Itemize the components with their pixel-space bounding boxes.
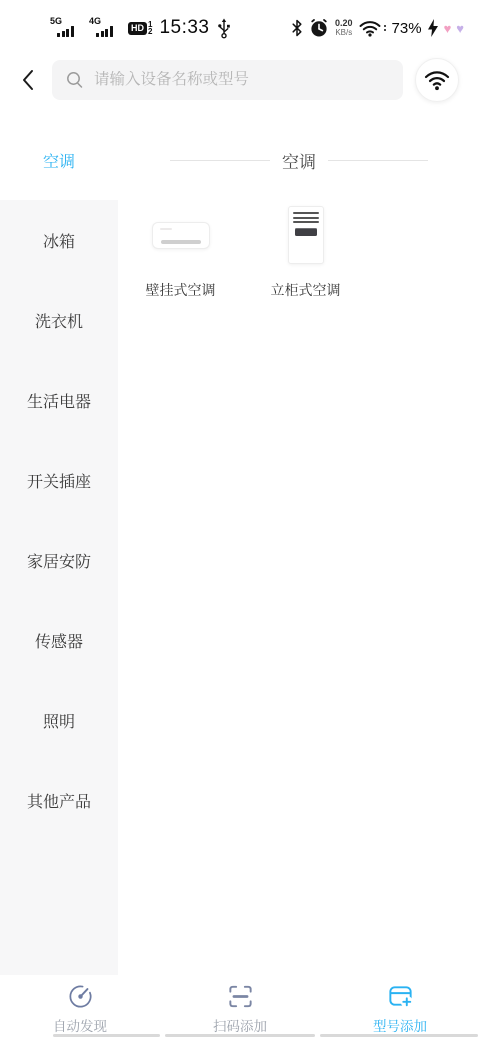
alarm-clock-icon — [309, 18, 329, 38]
network-type-sim2: 4G — [89, 16, 101, 26]
volte-hd-icon: HD 1 2 — [128, 21, 152, 35]
network-speed: 0.20 KB/s — [335, 19, 353, 37]
model-add-icon — [386, 982, 415, 1011]
category-sidebar: 空调 冰箱 洗衣机 生活电器 开关插座 家居安防 传感器 照明 其他产品 — [0, 120, 118, 975]
sidebar-item-air-conditioner[interactable]: 空调 — [0, 120, 118, 200]
scan-qr-icon — [226, 982, 255, 1011]
search-header — [0, 48, 480, 112]
tab-scan-add[interactable]: 扫码添加 — [160, 975, 320, 1040]
sidebar-item-switch-socket[interactable]: 开关插座 — [0, 440, 118, 520]
auto-discover-gauge-icon — [66, 982, 95, 1011]
sidebar-item-other-products[interactable]: 其他产品 — [0, 760, 118, 840]
sidebar-item-sensor[interactable]: 传感器 — [0, 600, 118, 680]
signal-strength-sim1-icon: 5G — [50, 16, 82, 40]
wifi-traffic-indicator-icon — [384, 25, 386, 31]
sidebar-rest: 冰箱 洗衣机 生活电器 开关插座 家居安防 传感器 照明 其他产品 — [0, 200, 118, 975]
screen: 5G 4G HD 1 2 15:33 — [0, 0, 480, 1040]
section-title: 空调 — [282, 148, 316, 173]
signal-strength-sim2-icon: 4G — [89, 16, 121, 40]
status-bar-right: 0.20 KB/s 73% ♥ ♥ — [291, 18, 464, 38]
tab-auto-discover[interactable]: 自动发现 — [0, 975, 160, 1040]
back-chevron-icon — [20, 68, 35, 92]
product-grid: 壁挂式空调 立柜式空调 — [118, 200, 480, 300]
status-bar-left: 5G 4G HD 1 2 15:33 — [50, 16, 231, 40]
charging-bolt-icon — [428, 19, 438, 37]
heart-pink-icon: ♥ — [444, 22, 452, 35]
wifi-status-icon — [359, 20, 381, 37]
wifi-icon — [424, 70, 450, 91]
divider-line-right — [328, 160, 428, 161]
search-input-container[interactable] — [52, 60, 403, 100]
back-button[interactable] — [14, 62, 40, 98]
battery-percent: 73% — [392, 20, 422, 37]
tab-label: 自动发现 — [53, 1015, 107, 1035]
search-input[interactable] — [94, 71, 390, 89]
sidebar-item-home-security[interactable]: 家居安防 — [0, 520, 118, 600]
product-label: 壁挂式空调 — [146, 280, 216, 300]
tab-underlines — [53, 1034, 478, 1037]
bottom-tab-bar: 自动发现 扫码添加 型号添加 — [0, 975, 480, 1040]
product-label: 立柜式空调 — [271, 280, 341, 300]
body: 空调 冰箱 洗衣机 生活电器 开关插座 家居安防 传感器 照明 其他产品 空调 — [0, 112, 480, 975]
tab-label: 型号添加 — [373, 1015, 427, 1035]
usb-icon — [217, 18, 231, 39]
sidebar-item-lighting[interactable]: 照明 — [0, 680, 118, 760]
wifi-config-button[interactable] — [415, 58, 459, 102]
search-icon — [65, 70, 85, 90]
tab-model-add[interactable]: 型号添加 — [320, 975, 480, 1040]
network-type-sim1: 5G — [50, 16, 62, 26]
product-wall-mounted-ac[interactable]: 壁挂式空调 — [118, 200, 243, 300]
wall-mounted-ac-image — [152, 222, 210, 249]
sidebar-item-fridge[interactable]: 冰箱 — [0, 200, 118, 280]
heart-purple-icon: ♥ — [456, 22, 464, 35]
sidebar-item-home-appliance[interactable]: 生活电器 — [0, 360, 118, 440]
sidebar-item-washer[interactable]: 洗衣机 — [0, 280, 118, 360]
tab-label: 扫码添加 — [213, 1015, 267, 1035]
section-header: 空调 — [118, 120, 480, 200]
status-bar: 5G 4G HD 1 2 15:33 — [0, 0, 480, 48]
device-list-panel: 空调 壁挂式空调 立柜式空调 — [118, 120, 480, 975]
status-time: 15:33 — [159, 17, 209, 39]
cabinet-ac-image — [288, 206, 324, 264]
product-cabinet-ac[interactable]: 立柜式空调 — [243, 200, 368, 300]
divider-line-left — [170, 160, 270, 161]
bluetooth-icon — [291, 19, 303, 37]
